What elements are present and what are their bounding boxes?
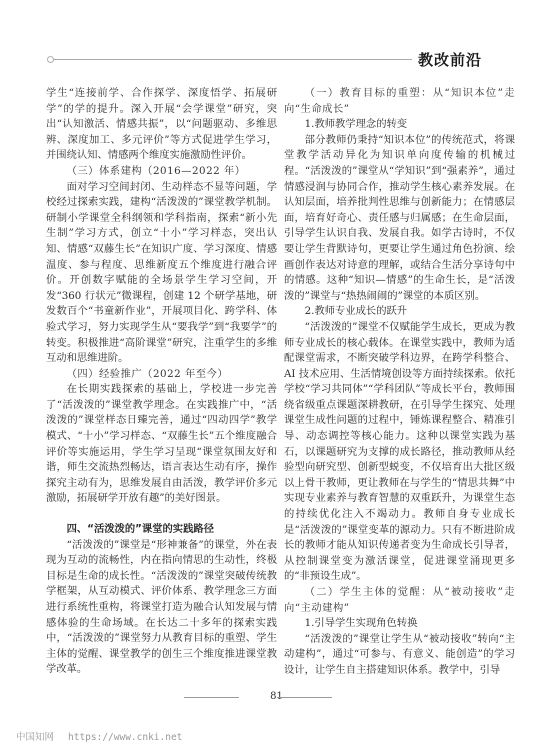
paragraph: 部分教师仍秉持“知识本位”的传统范式，将课堂教学活动异化为知识单向度传输的机械过… — [284, 133, 515, 305]
paragraph: 面对学习空间封闭、生动样态不显等问题，学校经过探索实践，建构“活泼泼的”课堂教学… — [46, 180, 277, 367]
subsection-title: 2.教师专业成长的跃升 — [284, 304, 515, 320]
watermark-url[interactable]: https://www.cnki.net — [68, 732, 182, 743]
right-column: （一）教育目标的重塑：从“知识本位”走向“生命成长” 1.教师教学理念的转变 部… — [284, 86, 515, 679]
subheading: （一）教育目标的重塑：从“知识本位”走向“生命成长” — [284, 86, 515, 117]
paragraph: “活泼泼的”课堂是“形神兼备”的课堂，外在表现为互动的流畅性，内在指向情思的生动… — [46, 538, 277, 678]
header-dot-icon — [47, 56, 54, 63]
watermark-site: 中国知网 — [16, 732, 54, 743]
watermark: 中国知网https://www.cnki.net — [16, 729, 196, 743]
subheading: （二）学生主体的觉醒：从“被动接收”走向“主动建构” — [284, 585, 515, 616]
subsection-title: 1.教师教学理念的转变 — [284, 117, 515, 133]
subheading: （三）体系建构（2016—2022 年） — [46, 164, 277, 180]
paragraph: 学生“连接前学、合作探学、深度悟学、拓展研学”的学的提升。深入开展“会学课堂”研… — [46, 86, 277, 164]
left-column: 学生“连接前学、合作探学、深度悟学、拓展研学”的学的提升。深入开展“会学课堂”研… — [46, 86, 277, 678]
section-heading: 四、“活泼泼的”课堂的实践路径 — [46, 522, 277, 538]
header-rule — [52, 59, 412, 60]
subheading: （四）经验推广（2022 年至今） — [46, 367, 277, 383]
subsection-title: 1.引导学生实现角色转换 — [284, 616, 515, 632]
section-title: 教改前沿 — [418, 49, 482, 70]
footer-rule-right — [277, 697, 332, 698]
paragraph: “活泼泼的”课堂不仅赋能学生成长，更成为教师专业成长的核心载体。在课堂实践中，教… — [284, 320, 515, 585]
paragraph: “活泼泼的”课堂让学生从“被动接收”转向“主动建构”，通过“可参与、有意义、能创… — [284, 632, 515, 679]
paragraph: 在长期实践探索的基础上，学校进一步完善了“活泼泼的”课堂教学理念。在实践推广中，… — [46, 382, 277, 507]
